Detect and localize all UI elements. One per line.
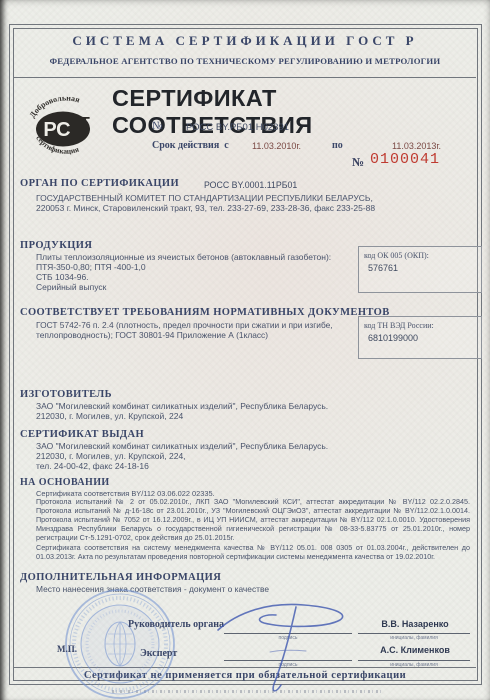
valid-to-date: 11.03.2013г.	[392, 141, 441, 151]
expert-role-label: Эксперт	[140, 648, 177, 659]
issued-line2: 212030, г. Могилев, ул. Крупской, 224,	[36, 451, 456, 461]
agency-line: ФЕДЕРАЛЬНОЕ АГЕНТСТВО ПО ТЕХНИЧЕСКОМУ РЕ…	[0, 56, 490, 66]
reg-number: РОСС BY.РБ01.Н02391	[186, 122, 289, 133]
expert-name: А.С. Клименков	[360, 645, 470, 655]
reg-number-sign: №	[152, 120, 163, 132]
manufacturer-line1: ЗАО "Могилевский комбинат силикатных изд…	[36, 401, 456, 411]
product-line: Плиты теплоизоляционные из ячеистых бето…	[36, 252, 346, 262]
conformity-text: ГОСТ 5742-76 п. 2.4 (плотность, предел п…	[36, 320, 341, 340]
product-heading: ПРОДУКЦИЯ	[20, 240, 92, 251]
okp-box: код ОК 005 (ОКП): 576761	[358, 246, 482, 293]
manufacturer-line2: 212030, г. Могилев, ул. Крупской, 224	[36, 411, 456, 421]
stamp-mp-label: М.П.	[57, 644, 77, 654]
product-line: ПТЯ-350-0,80; ПТЯ -400-1,0	[36, 262, 346, 272]
org-code: РОСС BY.0001.11РБ01	[204, 180, 297, 190]
rst-mark-letters: РС	[43, 119, 70, 141]
issued-line1: ЗАО "Могилевский комбинат силикатных изд…	[36, 441, 456, 451]
org-address-line2: 220053 г. Минск, Старовиленский тракт, 9…	[36, 203, 456, 213]
basis-para2: Сертификата соответствия на систему мене…	[36, 543, 470, 561]
serial-number-sign: №	[352, 155, 364, 170]
basis-para1: Протокола испытаний № 2 от 05.02.2010г.,…	[36, 497, 470, 542]
certificate-page: СИСТЕМА СЕРТИФИКАЦИИ ГОСТ Р ФЕДЕРАЛЬНОЕ …	[0, 0, 490, 700]
certificate-title: СЕРТИФИКАТ СООТВЕТСТВИЯ	[112, 85, 478, 139]
issued-heading: СЕРТИФИКАТ ВЫДАН	[20, 429, 144, 440]
system-title: СИСТЕМА СЕРТИФИКАЦИИ ГОСТ Р	[0, 33, 490, 49]
product-line: СТБ 1034-96.	[36, 272, 346, 282]
manufacturer-heading: ИЗГОТОВИТЕЛЬ	[20, 389, 112, 400]
basis-heading: НА ОСНОВАНИИ	[20, 477, 110, 488]
org-heading: ОРГАН ПО СЕРТИФИКАЦИИ	[20, 178, 179, 189]
tnved-label: код ТН ВЭД России:	[364, 321, 476, 330]
round-stamp	[52, 586, 188, 700]
po-label: по	[332, 140, 343, 151]
validity-label: Срок действия с	[152, 140, 229, 151]
head-name: В.В. Назаренко	[360, 619, 470, 629]
tnved-box: код ТН ВЭД России: 6810199000	[358, 316, 482, 359]
product-line: Серийный выпуск	[36, 282, 346, 292]
tnved-value: 6810199000	[368, 333, 476, 343]
rst-mark-t: Т	[80, 115, 90, 132]
conformity-heading: СООТВЕТСТВУЕТ ТРЕБОВАНИЯМ НОРМАТИВНЫХ ДО…	[20, 307, 390, 318]
okp-value: 576761	[368, 263, 476, 273]
org-address-line1: ГОСУДАРСТВЕННЫЙ КОМИТЕТ ПО СТАНДАРТИЗАЦИ…	[36, 193, 456, 203]
handwritten-signature	[210, 592, 375, 697]
okp-label: код ОК 005 (ОКП):	[364, 251, 476, 260]
header-separator	[13, 77, 476, 78]
valid-from-date: 11.03.2010г.	[252, 141, 301, 151]
serial-number: 0100041	[370, 151, 440, 168]
rst-logo: Добровольная РС Т сертификация	[24, 84, 108, 168]
issued-line3: тел. 24-00-42, факс 24-18-16	[36, 461, 456, 471]
additional-heading: ДОПОЛНИТЕЛЬНАЯ ИНФОРМАЦИЯ	[20, 572, 221, 583]
